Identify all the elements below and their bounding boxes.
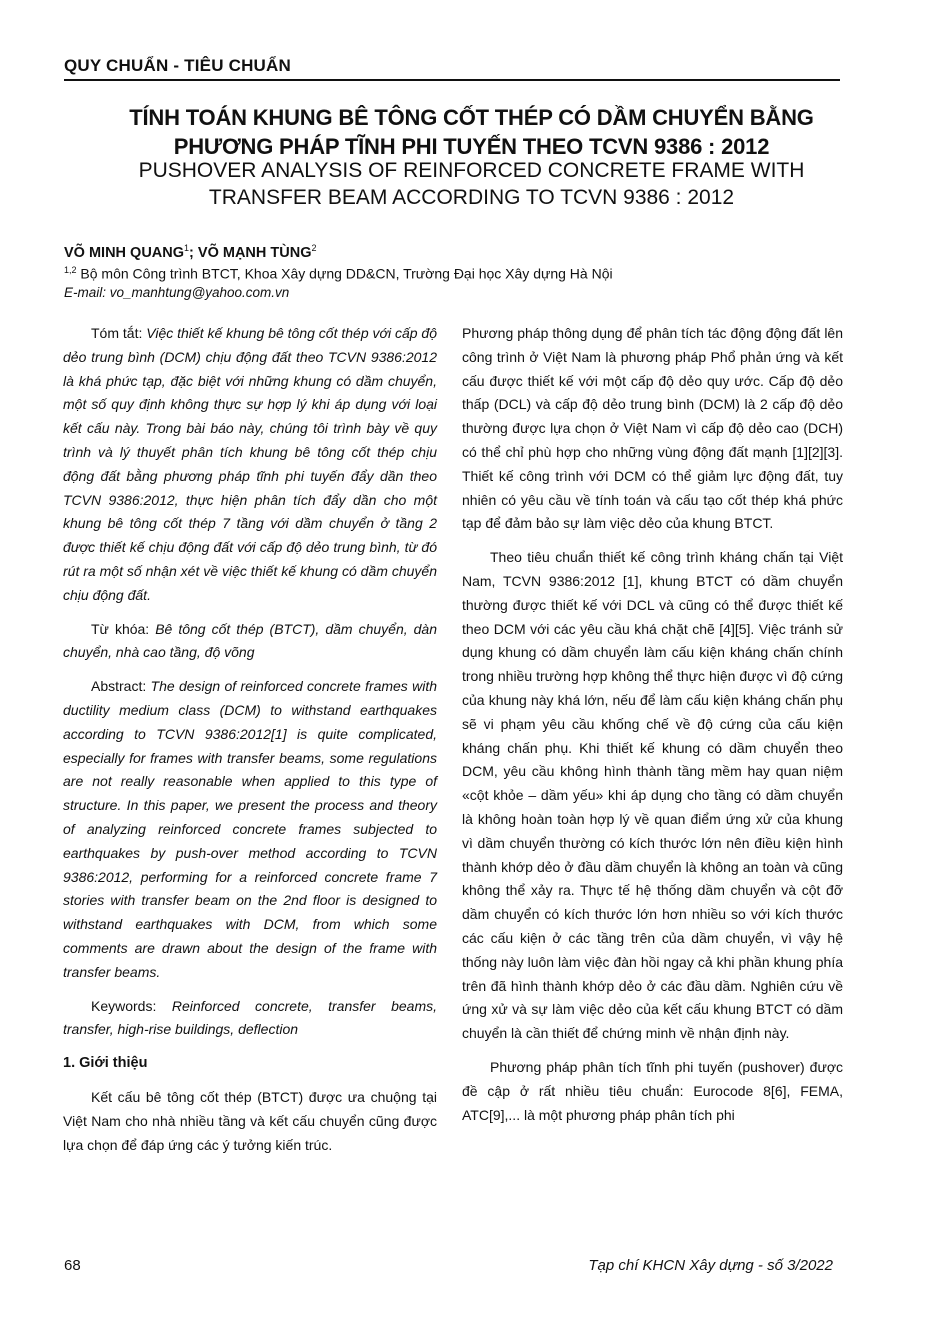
affiliation-sup: 1,2	[64, 265, 77, 275]
affiliation: 1,2 Bộ môn Công trình BTCT, Khoa Xây dựn…	[64, 265, 613, 282]
author-email[interactable]: E-mail: vo_manhtung@yahoo.com.vn	[64, 285, 289, 300]
title-vietnamese: TÍNH TOÁN KHUNG BÊ TÔNG CỐT THÉP CÓ DẦM …	[40, 103, 903, 161]
right-column: Phương pháp thông dụng để phân tích tác …	[462, 322, 843, 1137]
right-paragraph-1: Phương pháp thông dụng để phân tích tác …	[462, 322, 843, 536]
keywords-en-label: Keywords:	[91, 998, 172, 1014]
section-1-paragraph-1: Kết cấu bê tông cốt thép (BTCT) được ưa …	[63, 1086, 437, 1157]
summary-label: Tóm tắt:	[91, 325, 146, 341]
summary-text: Việc thiết kế khung bê tông cốt thép với…	[63, 325, 437, 603]
keywords-vi: Từ khóa: Bê tông cốt thép (BTCT), dầm ch…	[63, 618, 437, 666]
author-separator: ;	[189, 245, 198, 261]
title-en-line-2: TRANSFER BEAM ACCORDING TO TCVN 9386 : 2…	[40, 184, 903, 211]
page-number: 68	[64, 1257, 81, 1274]
author-1: VÕ MINH QUANG	[64, 245, 184, 261]
title-english: PUSHOVER ANALYSIS OF REINFORCED CONCRETE…	[40, 157, 903, 211]
summary-vi: Tóm tắt: Việc thiết kế khung bê tông cốt…	[63, 322, 437, 608]
section-1-heading: 1. Giới thiệu	[63, 1052, 437, 1076]
section-header: QUY CHUẨN - TIÊU CHUẨN	[64, 56, 840, 81]
abstract-text: The design of reinforced concrete frames…	[63, 678, 437, 980]
author-2-sup: 2	[312, 243, 317, 253]
right-paragraph-2: Theo tiêu chuẩn thiết kế công trình khán…	[462, 546, 843, 1046]
affiliation-text: Bộ môn Công trình BTCT, Khoa Xây dựng DD…	[77, 266, 613, 282]
left-column: Tóm tắt: Việc thiết kế khung bê tông cốt…	[63, 322, 437, 1167]
abstract-label: Abstract:	[91, 678, 151, 694]
keywords-en: Keywords: Reinforced concrete, transfer …	[63, 995, 437, 1043]
title-vi-line-1: TÍNH TOÁN KHUNG BÊ TÔNG CỐT THÉP CÓ DẦM …	[40, 103, 903, 132]
author-2: VÕ MẠNH TÙNG	[198, 245, 312, 261]
keywords-vi-label: Từ khóa:	[91, 621, 155, 637]
abstract-en: Abstract: The design of reinforced concr…	[63, 675, 437, 984]
author-list: VÕ MINH QUANG1; VÕ MẠNH TÙNG2	[64, 243, 317, 261]
journal-name: Tạp chí KHCN Xây dựng - số 3/2022	[588, 1257, 833, 1274]
title-en-line-1: PUSHOVER ANALYSIS OF REINFORCED CONCRETE…	[40, 157, 903, 184]
right-paragraph-3: Phương pháp phân tích tĩnh phi tuyến (pu…	[462, 1056, 843, 1127]
